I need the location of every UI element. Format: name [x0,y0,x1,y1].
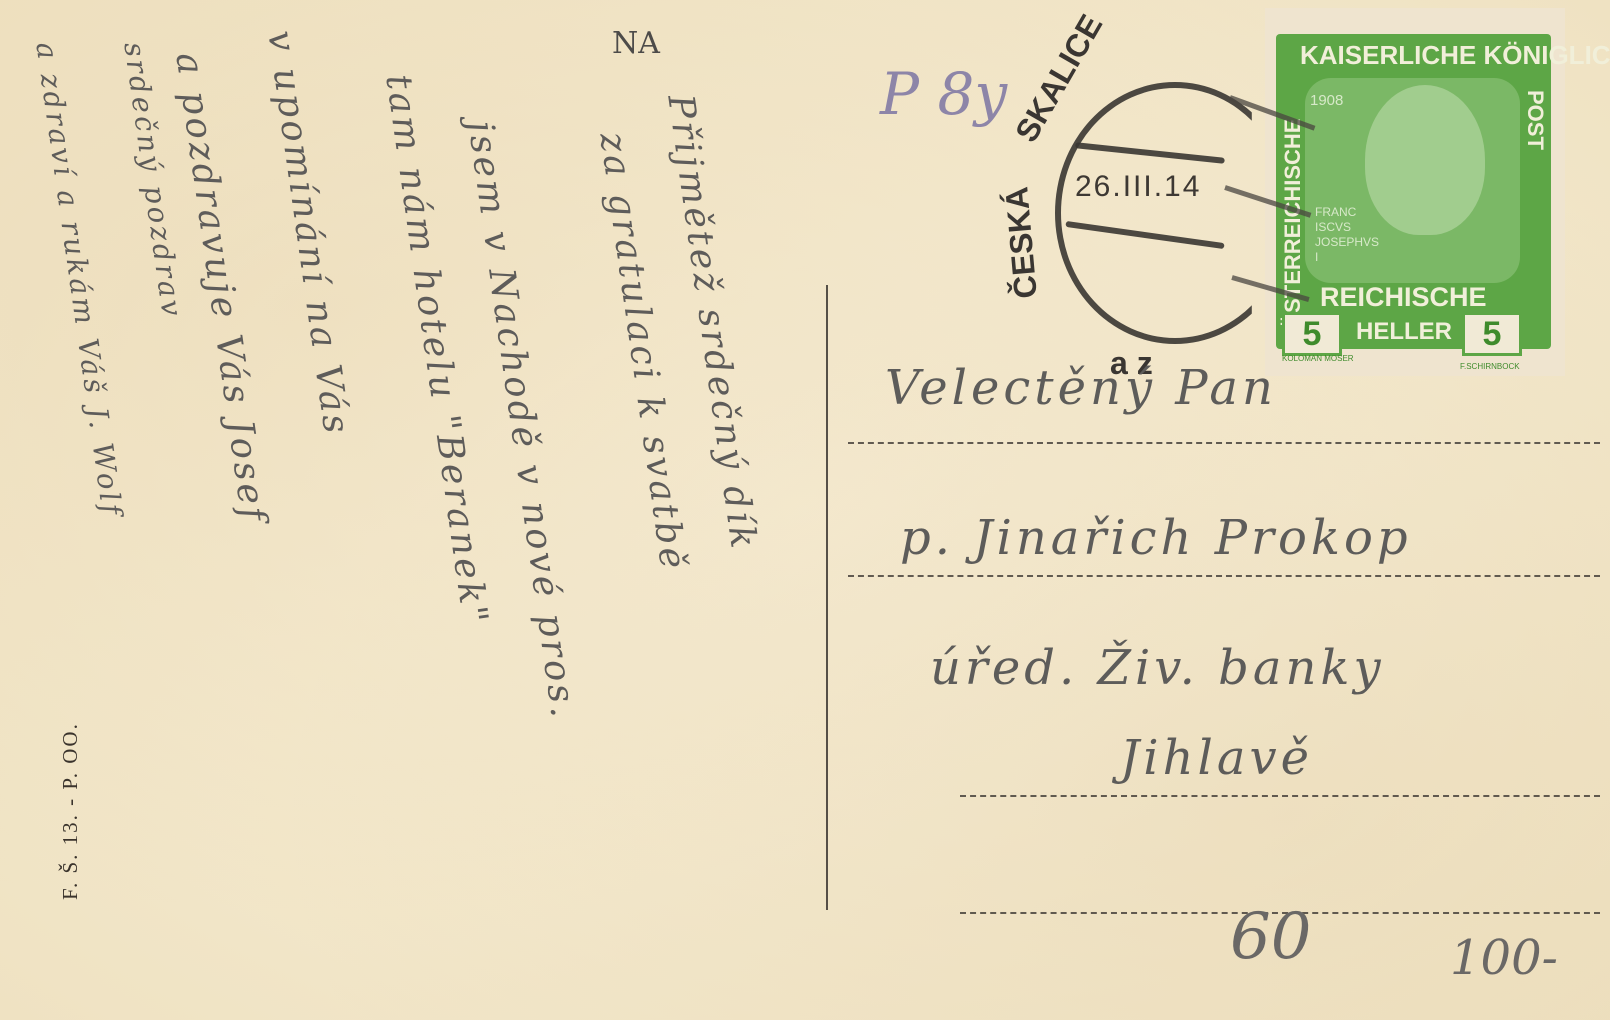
stamp-currency: HELLER [1356,318,1452,346]
emperor-portrait-icon [1365,85,1485,235]
message-line: a zdraví a rukám Váš J. Wolf [29,40,128,520]
stamp-right-text: POST [1522,90,1548,150]
stamp-year: 1908 [1310,92,1343,109]
postmark-ring [1055,82,1295,344]
address-employer: úřed. Živ. banky [930,640,1385,696]
stamp-value-left: 5 [1282,312,1342,356]
stamp-portrait-legend: FRANC ISCVS JOSEPHVS I [1315,205,1379,265]
stamp-engraver-right: F.SCHIRNBOCK [1460,362,1520,371]
message-line: v upomínání na Vás [259,28,357,439]
stamp-engraver-left: KOLOMAN MOSER [1282,354,1354,363]
stamp-bottom-text: REICHISCHE [1320,282,1487,313]
stamp-value-right: 5 [1462,312,1522,356]
printed-publisher-code: F. Š. 13. - P. OO. [58,722,83,900]
postmark-town-left: ČESKÁ [998,185,1045,300]
stamp-top-text: KAISERLICHE KÖNIGLICHE [1300,40,1610,71]
address-line-2 [848,575,1600,577]
postmark-date: 26.III.14 [1075,170,1201,204]
price-note-1: 60 [1230,900,1311,974]
address-line-1 [848,442,1600,444]
purple-pencil-note: P 8y [880,60,1007,128]
message-line: jsem v Nachodě v nové pros. [459,118,584,722]
address-city: Jihlavě [1120,730,1313,786]
address-salutation: Velectěný Pan [885,360,1277,416]
price-note-2: 100- [1450,930,1558,986]
center-divider [826,285,828,910]
address-line-3 [960,795,1600,797]
address-name: p. Jinařich Prokop [900,510,1412,566]
postcard-back: F. Š. 13. - P. OO. Přijmětež srdečný dík… [0,0,1610,1020]
pencil-note-na: NA [612,26,660,61]
